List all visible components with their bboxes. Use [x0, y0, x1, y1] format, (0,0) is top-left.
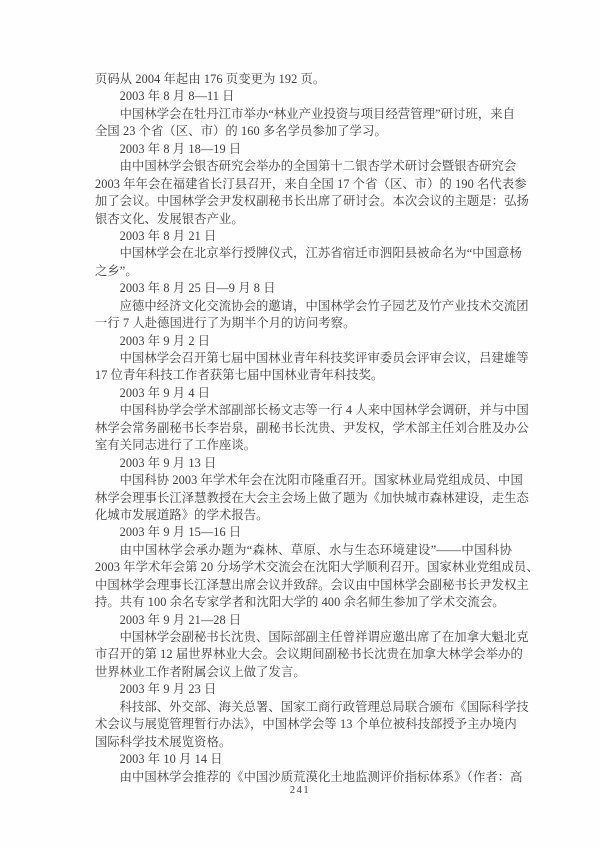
text-line: 加了会议。中国林学会尹发权副秘书长出席了研讨会。本次会议的主题是：弘扬	[95, 193, 512, 210]
text-line: 一行 7 人赴德国进行了为期半个月的访问考察。	[95, 315, 512, 332]
text-line: 室有关同志进行了工作座谈。	[95, 437, 512, 454]
text-line: 2003 年 9 月 13 日	[95, 455, 512, 472]
text-line: 2003 年 9 月 4 日	[95, 385, 512, 402]
text-line: 2003 年年会在福建省长汀县召开，来自全国 17 个省（区、市）的 190 名…	[95, 176, 512, 193]
text-line: 页码从 2004 年起由 176 页变更为 192 页。	[95, 71, 512, 88]
text-line: 中国林学会在北京举行授牌仪式，江苏省宿迁市泗阳县被命名为“中国意杨	[95, 245, 512, 262]
text-line: 中国林学会副秘书长沈贵、国际部副主任曾祥谓应邀出席了在加拿大魁北克	[95, 629, 512, 646]
text-line: 术会议与展览管理暂行办法》，中国林学会等 13 个单位被科技部授予主办境内	[95, 716, 512, 733]
text-line: 2003 年 9 月 2 日	[95, 333, 512, 350]
text-line: 林学会理事长江泽慧教授在大会主会场上做了题为《加快城市森林建设，走生态	[95, 490, 512, 507]
text-line: 2003 年 8 月 21 日	[95, 228, 512, 245]
text-line: 2003 年学术年会第 20 分场学术交流会在沈阳大学顺利召开。国家林业党组成员…	[95, 559, 512, 576]
text-line: 2003 年 8 月 18—19 日	[95, 141, 512, 158]
text-line: 2003 年 9 月 23 日	[95, 681, 512, 698]
text-line: 由中国林学会银杏研究会举办的全国第十二银杏学术研讨会暨银杏研究会	[95, 158, 512, 175]
text-line: 市召开的第 12 届世界林业大会。会议期间副秘书长沈贵在加拿大林学会举办的	[95, 646, 512, 663]
text-line: 2003 年 10 月 14 日	[95, 751, 512, 768]
text-line: 17 位青年科技工作者获第七届中国林业青年科技奖。	[95, 367, 512, 384]
text-line: 全国 23 个省（区、市）的 160 多名学员参加了学习。	[95, 123, 512, 140]
text-line: 世界林业工作者附属会议上做了发言。	[95, 664, 512, 681]
text-line: 由中国林学会推荐的《中国沙质荒漠化土地监测评价指标体系》（作者：高	[95, 769, 512, 786]
document-body: 页码从 2004 年起由 176 页变更为 192 页。2003 年 8 月 8…	[95, 71, 512, 786]
text-line: 林学会常务副秘书长李岩泉，副秘书长沈贵、尹发权，学术部主任刘合胜及办公	[95, 420, 512, 437]
text-line: 中国科协学会学术部副部长杨文志等一行 4 人来中国林学会调研，并与中国	[95, 402, 512, 419]
text-line: 银杏文化、发展银杏产业。	[95, 211, 512, 228]
text-line: 化城市发展道路》的学术报告。	[95, 507, 512, 524]
text-line: 由中国林学会承办题为“森林、草原、水与生态环境建设”——中国科协	[95, 542, 512, 559]
text-line: 应德中经济文化交流协会的邀请，中国林学会竹子园艺及竹产业技术交流团	[95, 298, 512, 315]
text-line: 中国科协 2003 年学术年会在沈阳市隆重召开。国家林业局党组成员、中国	[95, 472, 512, 489]
text-line: 科技部、外交部、海关总署、国家工商行政管理总局联合颁布《国际科学技	[95, 699, 512, 716]
text-line: 2003 年 9 月 15—16 日	[95, 524, 512, 541]
document-page: 页码从 2004 年起由 176 页变更为 192 页。2003 年 8 月 8…	[0, 0, 600, 848]
text-line: 2003 年 8 月 8—11 日	[95, 88, 512, 105]
text-line: 2003 年 9 月 21—28 日	[95, 612, 512, 629]
text-line: 中国林学会在牡丹江市举办“林业产业投资与项目经营管理”研讨班，来自	[95, 106, 512, 123]
text-line: 之乡”。	[95, 263, 512, 280]
text-line: 持。共有 100 余名专家学者和沈阳大学的 400 余名师生参加了学术交流会。	[95, 594, 512, 611]
text-line: 中国林学会理事长江泽慧出席会议并致辞。会议由中国林学会副秘书长尹发权主	[95, 577, 512, 594]
text-line: 2003 年 8 月 25 日—9 月 8 日	[95, 280, 512, 297]
page-number: 241	[0, 785, 600, 796]
text-line: 国际科学技术展览资格。	[95, 734, 512, 751]
text-line: 中国林学会召开第七届中国林业青年科技奖评审委员会评审会议，吕建雄等	[95, 350, 512, 367]
